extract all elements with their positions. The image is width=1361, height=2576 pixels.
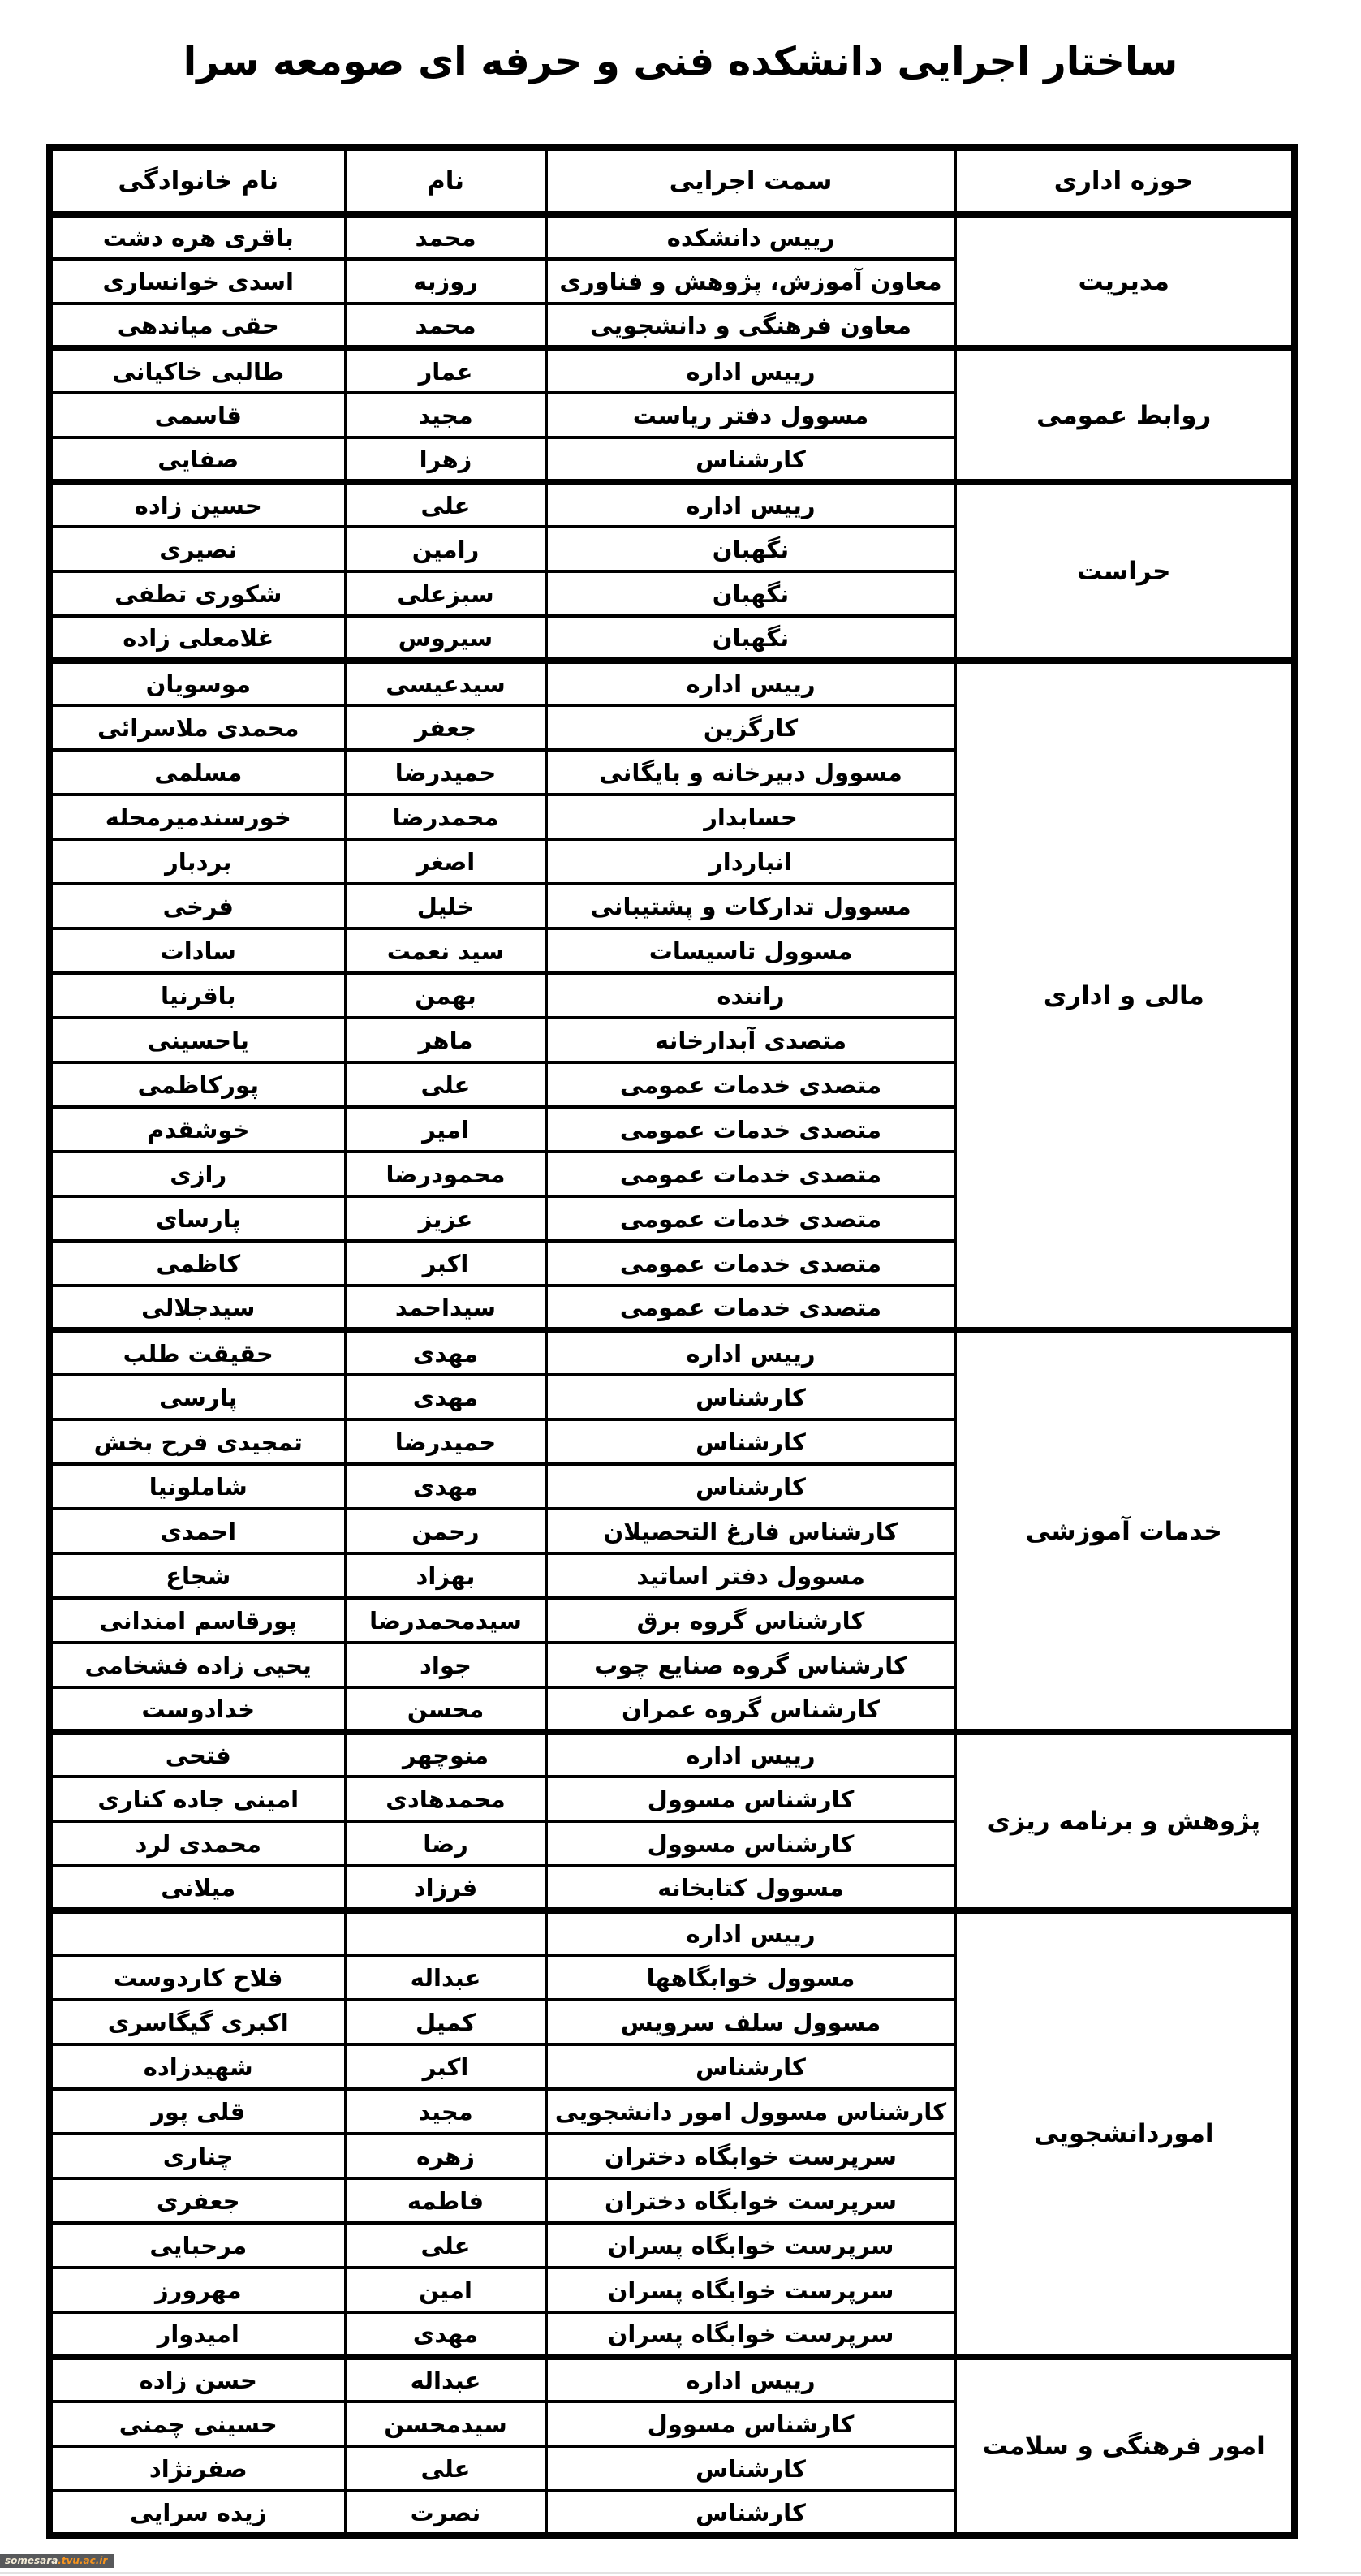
- last-name-cell: پارسی: [50, 1375, 345, 1419]
- position-cell: رییس اداره: [546, 1732, 955, 1777]
- last-name-cell: احمدی: [50, 1509, 345, 1553]
- staff-table: حوزه اداری سمت اجرایی نام نام خانوادگی م…: [46, 144, 1298, 2539]
- position-cell: معاون آموزش، پژوهش و فناوری: [546, 259, 955, 304]
- position-cell: رییس اداره: [546, 1330, 955, 1375]
- position-cell: مسوول دبیرخانه و بایگانی: [546, 750, 955, 795]
- position-cell: کارشناس مسوول: [546, 1777, 955, 1821]
- position-cell: کارشناس گروه برق: [546, 1598, 955, 1643]
- last-name-cell: موسویان: [50, 661, 345, 705]
- first-name-cell: جعفر: [345, 705, 546, 750]
- first-name-cell: علی: [345, 1062, 546, 1107]
- first-name-cell: سیروس: [345, 616, 546, 661]
- first-name-cell: مهدی: [345, 2312, 546, 2357]
- last-name-cell: حسن زاده: [50, 2357, 345, 2402]
- col-header-last-name: نام خانوادگی: [50, 148, 345, 214]
- first-name-cell: محمودرضا: [345, 1152, 546, 1196]
- first-name-cell: روزبه: [345, 259, 546, 304]
- position-cell: مسوول خوابگاهها: [546, 1955, 955, 2000]
- position-cell: مسوول تدارکات و پشتیبانی: [546, 884, 955, 928]
- position-cell: کارشناس فارغ التحصیلان: [546, 1509, 955, 1553]
- position-cell: مسوول کتابخانه: [546, 1866, 955, 1910]
- last-name-cell: صفایی: [50, 437, 345, 482]
- last-name-cell: صفرنژاد: [50, 2446, 345, 2491]
- last-name-cell: اسدی خوانساری: [50, 259, 345, 304]
- last-name-cell: میلانی: [50, 1866, 345, 1910]
- first-name-cell: علی: [345, 2223, 546, 2268]
- last-name-cell: فرخی: [50, 884, 345, 928]
- last-name-cell: فتحی: [50, 1732, 345, 1777]
- first-name-cell: اصغر: [345, 839, 546, 884]
- position-cell: کارگزین: [546, 705, 955, 750]
- position-cell: رییس دانشکده: [546, 214, 955, 259]
- position-cell: کارشناس: [546, 1464, 955, 1509]
- first-name-cell: محسن: [345, 1687, 546, 1732]
- first-name-cell: جواد: [345, 1643, 546, 1687]
- position-cell: کارشناس: [546, 2491, 955, 2535]
- area-cell: مالی و اداری: [955, 661, 1294, 1330]
- position-cell: کارشناس مسوول: [546, 1821, 955, 1866]
- last-name-cell: باقری هره دشت: [50, 214, 345, 259]
- position-cell: کارشناس مسوول: [546, 2402, 955, 2446]
- last-name-cell: کاظمی: [50, 1241, 345, 1286]
- position-cell: سرپرست خوابگاه پسران: [546, 2312, 955, 2357]
- position-cell: رییس اداره: [546, 2357, 955, 2402]
- last-name-cell: چناری: [50, 2134, 345, 2178]
- first-name-cell: عزیز: [345, 1196, 546, 1241]
- first-name-cell: سیداحمد: [345, 1286, 546, 1330]
- watermark-site: somesara: [5, 2555, 58, 2566]
- first-name-cell: رامین: [345, 527, 546, 571]
- col-header-area: حوزه اداری: [955, 148, 1294, 214]
- position-cell: کارشناس گروه عمران: [546, 1687, 955, 1732]
- position-cell: رییس اداره: [546, 661, 955, 705]
- last-name-cell: امیدوار: [50, 2312, 345, 2357]
- area-cell: امور فرهنگی و سلامت: [955, 2357, 1294, 2535]
- page-title: ساختار اجرایی دانشکده فنی و حرفه ای صومع…: [0, 0, 1361, 86]
- last-name-cell: حقی میاندهی: [50, 304, 345, 348]
- last-name-cell: حسین زاده: [50, 482, 345, 527]
- position-cell: کارشناس مسوول امور دانشجویی: [546, 2089, 955, 2134]
- first-name-cell: محمدهادی: [345, 1777, 546, 1821]
- first-name-cell: نصرت: [345, 2491, 546, 2535]
- watermark-badge: somesara.tvu.ac.ir: [0, 2554, 114, 2568]
- last-name-cell: بردبار: [50, 839, 345, 884]
- last-name-cell: حسینی چمنی: [50, 2402, 345, 2446]
- first-name-cell: اکبر: [345, 2044, 546, 2089]
- last-name-cell: پورکاظمی: [50, 1062, 345, 1107]
- first-name-cell: مجید: [345, 393, 546, 437]
- position-cell: نگهبان: [546, 527, 955, 571]
- area-cell: حراست: [955, 482, 1294, 661]
- position-cell: متصدی خدمات عمومی: [546, 1241, 955, 1286]
- first-name-cell: مجید: [345, 2089, 546, 2134]
- first-name-cell: مهدی: [345, 1464, 546, 1509]
- last-name-cell: خدادوست: [50, 1687, 345, 1732]
- last-name-cell: تمجیدی فرح بخش: [50, 1419, 345, 1464]
- first-name-cell: محمدرضا: [345, 795, 546, 839]
- first-name-cell: فاطمه: [345, 2178, 546, 2223]
- first-name-cell: عبداله: [345, 1955, 546, 2000]
- position-cell: رییس اداره: [546, 348, 955, 393]
- first-name-cell: منوچهر: [345, 1732, 546, 1777]
- first-name-cell: سبزعلی: [345, 571, 546, 616]
- first-name-cell: امیر: [345, 1107, 546, 1152]
- last-name-cell: شجاع: [50, 1553, 345, 1598]
- first-name-cell: خلیل: [345, 884, 546, 928]
- position-cell: حسابدار: [546, 795, 955, 839]
- table-row: امور فرهنگی و سلامترییس ادارهعبدالهحسن ز…: [50, 2357, 1294, 2402]
- position-cell: انباردار: [546, 839, 955, 884]
- position-cell: سرپرست خوابگاه پسران: [546, 2268, 955, 2312]
- table-row: پژوهش و برنامه ریزیرییس ادارهمنوچهرفتحی: [50, 1732, 1294, 1777]
- first-name-cell: مهدی: [345, 1330, 546, 1375]
- first-name-cell: سیدمحسن: [345, 2402, 546, 2446]
- position-cell: نگهبان: [546, 571, 955, 616]
- first-name-cell: [345, 1910, 546, 1955]
- watermark-domain: .tvu.ac.ir: [58, 2555, 107, 2566]
- first-name-cell: بهزاد: [345, 1553, 546, 1598]
- position-cell: متصدی آبدارخانه: [546, 1018, 955, 1062]
- last-name-cell: یاحسینی: [50, 1018, 345, 1062]
- position-cell: کارشناس: [546, 1375, 955, 1419]
- last-name-cell: فلاح کاردوست: [50, 1955, 345, 2000]
- area-cell: اموردانشجویی: [955, 1910, 1294, 2357]
- last-name-cell: پارسای: [50, 1196, 345, 1241]
- last-name-cell: نصیری: [50, 527, 345, 571]
- document-page: ساختار اجرایی دانشکده فنی و حرفه ای صومع…: [0, 0, 1361, 2576]
- first-name-cell: فرزاد: [345, 1866, 546, 1910]
- last-name-cell: محمدی لرد: [50, 1821, 345, 1866]
- first-name-cell: رحمن: [345, 1509, 546, 1553]
- last-name-cell: خوشقدم: [50, 1107, 345, 1152]
- first-name-cell: مهدی: [345, 1375, 546, 1419]
- last-name-cell: سادات: [50, 928, 345, 973]
- position-cell: کارشناس: [546, 437, 955, 482]
- position-cell: سرپرست خوابگاه دختران: [546, 2178, 955, 2223]
- first-name-cell: اکبر: [345, 1241, 546, 1286]
- last-name-cell: اکبری گیگاسری: [50, 2000, 345, 2044]
- first-name-cell: سید نعمت: [345, 928, 546, 973]
- last-name-cell: طالبی خاکیانی: [50, 348, 345, 393]
- position-cell: متصدی خدمات عمومی: [546, 1152, 955, 1196]
- position-cell: رییس اداره: [546, 1910, 955, 1955]
- first-name-cell: سیدعیسی: [345, 661, 546, 705]
- last-name-cell: رازی: [50, 1152, 345, 1196]
- last-name-cell: یحیی زاده فشخامی: [50, 1643, 345, 1687]
- first-name-cell: علی: [345, 2446, 546, 2491]
- position-cell: سرپرست خوابگاه دختران: [546, 2134, 955, 2178]
- last-name-cell: شهیدزاده: [50, 2044, 345, 2089]
- first-name-cell: بهمن: [345, 973, 546, 1018]
- last-name-cell: قاسمی: [50, 393, 345, 437]
- position-cell: سرپرست خوابگاه پسران: [546, 2223, 955, 2268]
- first-name-cell: حمیدرضا: [345, 1419, 546, 1464]
- first-name-cell: ماهر: [345, 1018, 546, 1062]
- first-name-cell: عبداله: [345, 2357, 546, 2402]
- position-cell: کارشناس: [546, 1419, 955, 1464]
- first-name-cell: سیدمحمدرضا: [345, 1598, 546, 1643]
- area-cell: روابط عمومی: [955, 348, 1294, 482]
- first-name-cell: محمد: [345, 304, 546, 348]
- last-name-cell: سیدجلالی: [50, 1286, 345, 1330]
- position-cell: کارشناس: [546, 2446, 955, 2491]
- first-name-cell: امین: [345, 2268, 546, 2312]
- first-name-cell: حمیدرضا: [345, 750, 546, 795]
- first-name-cell: رضا: [345, 1821, 546, 1866]
- last-name-cell: [50, 1910, 345, 1955]
- last-name-cell: حقیقت طلب: [50, 1330, 345, 1375]
- last-name-cell: شکوری تطفی: [50, 571, 345, 616]
- area-cell: پژوهش و برنامه ریزی: [955, 1732, 1294, 1910]
- position-cell: مسوول دفتر ریاست: [546, 393, 955, 437]
- position-cell: متصدی خدمات عمومی: [546, 1286, 955, 1330]
- position-cell: کارشناس: [546, 2044, 955, 2089]
- last-name-cell: پورقاسم امندانی: [50, 1598, 345, 1643]
- last-name-cell: زیده سرایی: [50, 2491, 345, 2535]
- area-cell: مدیریت: [955, 214, 1294, 348]
- last-name-cell: محمدی ملاسرائی: [50, 705, 345, 750]
- last-name-cell: قلی پور: [50, 2089, 345, 2134]
- last-name-cell: غلامعلی زاده: [50, 616, 345, 661]
- position-cell: مسوول تاسیسات: [546, 928, 955, 973]
- first-name-cell: زهرا: [345, 437, 546, 482]
- last-name-cell: مسلمی: [50, 750, 345, 795]
- last-name-cell: امینی جاده کناری: [50, 1777, 345, 1821]
- position-cell: معاون فرهنگی و دانشجویی: [546, 304, 955, 348]
- first-name-cell: زهره: [345, 2134, 546, 2178]
- first-name-cell: علی: [345, 482, 546, 527]
- table-row: خدمات آموزشیرییس ادارهمهدیحقیقت طلب: [50, 1330, 1294, 1375]
- table-row: حراسترییس ادارهعلیحسین زاده: [50, 482, 1294, 527]
- first-name-cell: کمیل: [345, 2000, 546, 2044]
- last-name-cell: باقرنیا: [50, 973, 345, 1018]
- last-name-cell: شاملونیا: [50, 1464, 345, 1509]
- area-cell: خدمات آموزشی: [955, 1330, 1294, 1732]
- position-cell: راننده: [546, 973, 955, 1018]
- col-header-position: سمت اجرایی: [546, 148, 955, 214]
- col-header-first-name: نام: [345, 148, 546, 214]
- position-cell: متصدی خدمات عمومی: [546, 1196, 955, 1241]
- last-name-cell: جعفری: [50, 2178, 345, 2223]
- position-cell: متصدی خدمات عمومی: [546, 1062, 955, 1107]
- header-row: حوزه اداری سمت اجرایی نام نام خانوادگی: [50, 148, 1294, 214]
- table-row: مالی و اداریرییس ادارهسیدعیسیموسویان: [50, 661, 1294, 705]
- position-cell: مسوول دفتر اساتید: [546, 1553, 955, 1598]
- last-name-cell: مهرورز: [50, 2268, 345, 2312]
- first-name-cell: عمار: [345, 348, 546, 393]
- table-row: روابط عمومیرییس ادارهعمارطالبی خاکیانی: [50, 348, 1294, 393]
- first-name-cell: محمد: [345, 214, 546, 259]
- last-name-cell: خورسندمیرمحله: [50, 795, 345, 839]
- position-cell: متصدی خدمات عمومی: [546, 1107, 955, 1152]
- table-row: اموردانشجوییرییس اداره: [50, 1910, 1294, 1955]
- position-cell: نگهبان: [546, 616, 955, 661]
- page-edge-line: [0, 2572, 1361, 2574]
- last-name-cell: مرحبایی: [50, 2223, 345, 2268]
- position-cell: کارشناس گروه صنایع چوب: [546, 1643, 955, 1687]
- position-cell: مسوول سلف سرویس: [546, 2000, 955, 2044]
- table-row: مدیریترییس دانشکدهمحمدباقری هره دشت: [50, 214, 1294, 259]
- position-cell: رییس اداره: [546, 482, 955, 527]
